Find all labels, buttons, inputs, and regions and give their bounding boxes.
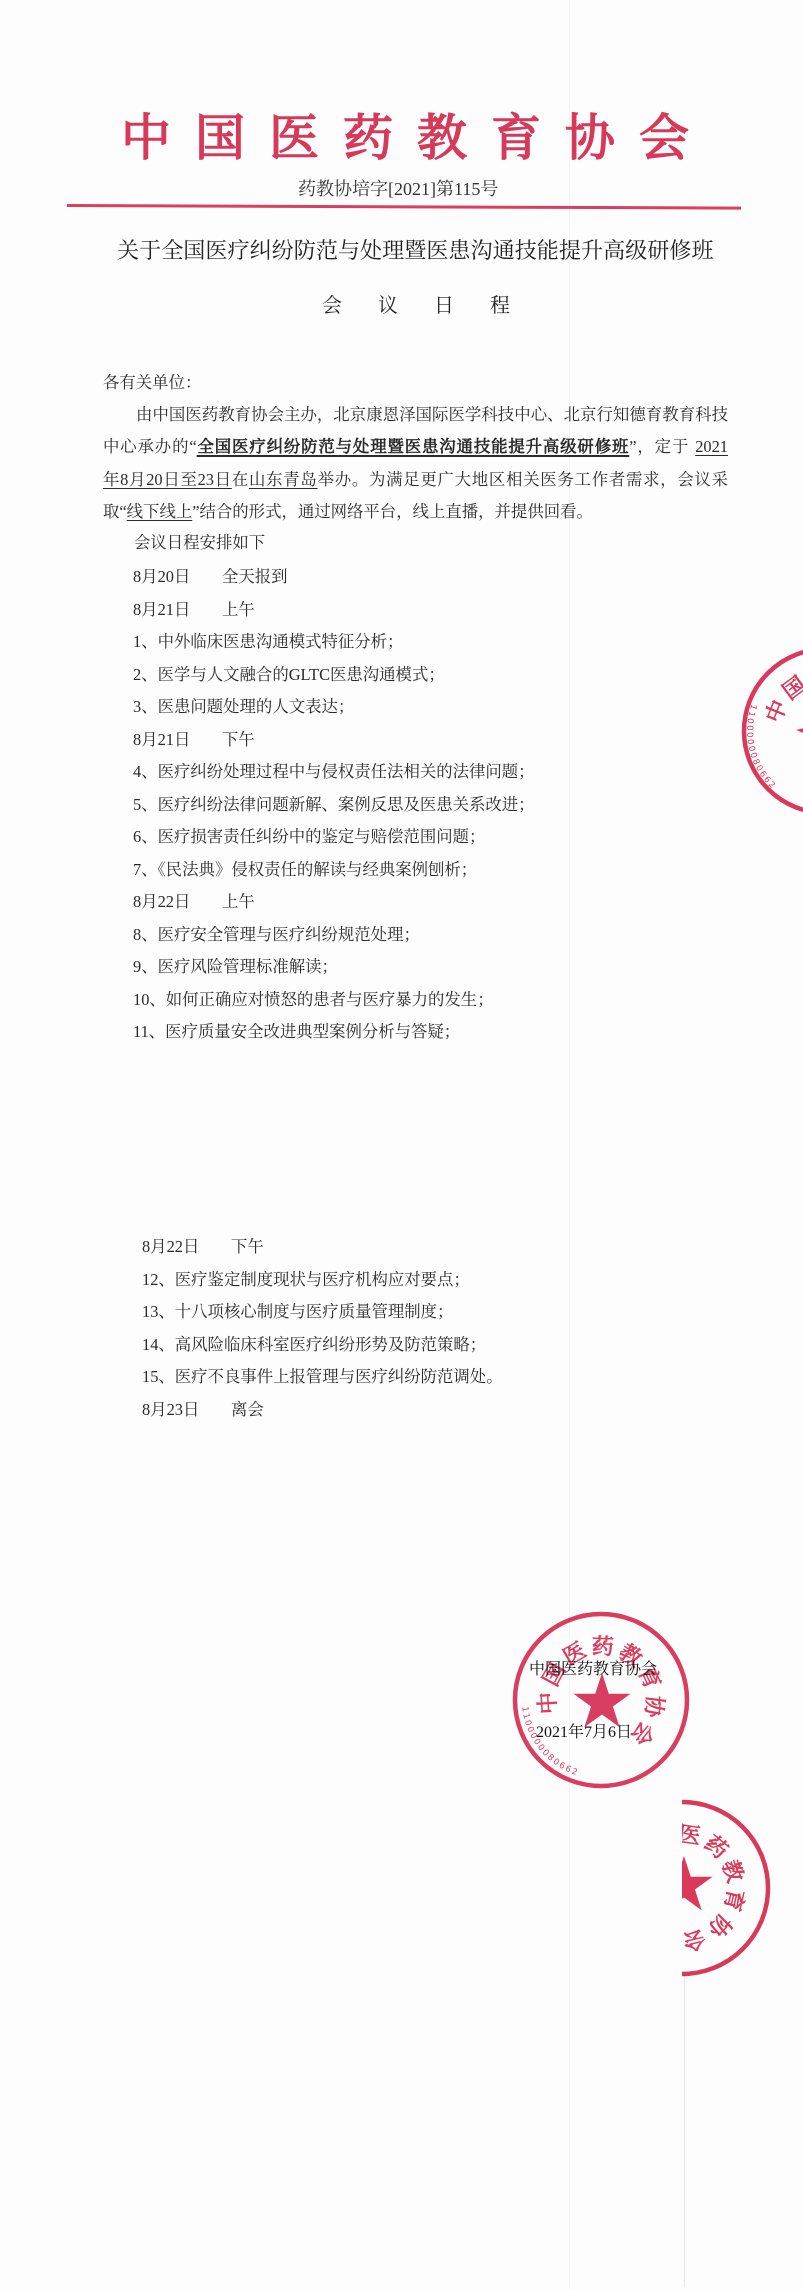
training-name: 全国医疗纠纷防范与处理暨医患沟通技能提升高级研修班 [197, 437, 630, 456]
intro-text: 由中国医药教育协会主办，北京康恩泽国际医学科技中心、北京行知德育教育科技 [136, 405, 728, 424]
schedule-date-row: 8月21日下午 [133, 724, 535, 757]
letterhead-red-rule [67, 204, 741, 210]
seal-ring-text: 中国医药教育协会 [745, 643, 803, 805]
seal-ring [744, 649, 803, 813]
event-location: 山东青岛 [249, 470, 318, 489]
schedule-period: 全天报到 [222, 567, 288, 586]
schedule-item: 15、医疗不良事件上报管理与医疗纠纷防范调处。 [142, 1361, 503, 1394]
seal-serial-number: 1100000080662 [719, 702, 803, 794]
schedule-date-row: 8月20日全天报到 [133, 561, 535, 594]
schedule-period: 下午 [231, 1237, 264, 1256]
schedule-intro: 会议日程安排如下 [134, 527, 265, 559]
signature-organization: 中国医药教育协会 [529, 1658, 657, 1682]
event-date: 年8月20日至23日 [103, 470, 232, 489]
intro-line: 中心承办的“全国医疗纠纷防范与处理暨医患沟通技能提升高级研修班”，定于2021 [103, 431, 728, 463]
schedule-item: 3、医患问题处理的人文表达； [133, 691, 535, 724]
event-format: 线下线上 [127, 502, 193, 521]
schedule-date: 8月22日 [142, 1231, 231, 1264]
event-date: 2021 [695, 437, 728, 456]
schedule-date-row: 8月21日上午 [133, 594, 535, 627]
scan-line [569, 0, 570, 2290]
schedule-date: 8月21日 [133, 594, 222, 627]
document-page: 中国医药教育协会 药教协培字[2021]第115号 关于全国医疗纠纷防范与处理暨… [0, 0, 803, 2290]
schedule-period: 下午 [222, 730, 255, 749]
schedule-item: 2、医学与人文融合的GLTC医患沟通模式； [133, 659, 535, 692]
schedule-item: 10、如何正确应对愤怒的患者与医疗暴力的发生； [133, 984, 535, 1017]
intro-line: 取“线下线上”结合的形式，通过网络平台，线上直播，并提供回看。 [103, 496, 728, 528]
document-subheading: 会议日程 [322, 292, 546, 318]
seal-ring-text: 中国医药教育协会 [599, 1795, 776, 1969]
schedule-item: 5、医疗纠纷法律问题新解、案例反思及医患关系改进； [133, 789, 535, 822]
seal-ring [596, 1802, 768, 1974]
schedule-period: 上午 [222, 892, 255, 911]
schedule-item: 9、医疗风险管理标准解读； [133, 951, 535, 984]
star-icon [792, 698, 803, 763]
intro-text: 中心承办的“ [103, 437, 197, 456]
schedule-date-row: 8月22日上午 [133, 886, 535, 919]
schedule-item: 11、医疗质量安全改进典型案例分析与答疑； [133, 1016, 535, 1049]
salutation: 各有关单位： [103, 367, 201, 399]
star-icon [655, 1856, 712, 1910]
schedule-period: 上午 [222, 600, 255, 619]
org-letterhead-title: 中国医药教育协会 [121, 110, 713, 166]
seal-ring [515, 1614, 687, 1786]
schedule-item: 4、医疗纠纷处理过程中与侵权责任法相关的法律问题； [133, 756, 535, 789]
schedule-date: 8月21日 [133, 724, 222, 757]
schedule-date-row: 8月23日离会 [142, 1394, 503, 1427]
official-seals-layer: 中国医药教育协会 1100000080662 中国医药教育协会 11000000… [0, 0, 803, 2290]
intro-line: 由中国医药教育协会主办，北京康恩泽国际医学科技中心、北京行知德育教育科技 [103, 399, 728, 431]
schedule-item: 7、《民法典》侵权责任的解读与经典案例刨析； [133, 854, 535, 887]
schedule-date: 8月23日 [142, 1394, 231, 1427]
schedule-date: 8月22日 [133, 886, 222, 919]
document-heading: 关于全国医疗纠纷防范与处理暨医患沟通技能提升高级研修班 [117, 237, 714, 265]
schedule-item: 8、医疗安全管理与医疗纠纷规范处理； [133, 919, 535, 952]
scan-line [684, 1975, 685, 2287]
schedule-date-row: 8月22日下午 [142, 1231, 503, 1264]
schedule-date: 8月20日 [133, 561, 222, 594]
intro-paragraph: 由中国医药教育协会主办，北京康恩泽国际医学科技中心、北京行知德育教育科技 中心承… [103, 399, 728, 529]
intro-line: 年8月20日至23日在山东青岛举办。为满足更广大地区相关医务工作者需求，会议采 [103, 464, 728, 496]
schedule-item: 14、高风险临床科室医疗纠纷形势及防范策略； [142, 1329, 503, 1362]
schedule-item: 1、中外临床医患沟通模式特征分析； [133, 626, 535, 659]
intro-text: 在 [232, 470, 249, 489]
schedule-item: 12、医疗鉴定制度现状与医疗机构应对要点； [142, 1264, 503, 1297]
seal-right-margin: 中国医药教育协会 1100000080662 [719, 636, 803, 830]
intro-text: ”结合的形式，通过网络平台，线上直播，并提供回看。 [192, 502, 593, 521]
intro-text: 举办。为满足更广大地区相关医务工作者需求，会议采 [318, 470, 728, 489]
schedule-item: 13、十八项核心制度与医疗质量管理制度； [142, 1296, 503, 1329]
document-number: 药教协培字[2021]第115号 [298, 178, 498, 200]
seal-serial-number: 1100000080662 [569, 1842, 662, 1937]
intro-text: 取“ [103, 502, 127, 521]
signature-date: 2021年7月6日 [536, 1721, 632, 1745]
schedule-period: 离会 [231, 1400, 264, 1419]
schedule-list: 8月22日下午 12、医疗鉴定制度现状与医疗机构应对要点； 13、十八项核心制度… [142, 1231, 503, 1427]
schedule-item: 6、医疗损害责任纠纷中的鉴定与赔偿范围问题； [133, 821, 535, 854]
schedule-list: 8月20日全天报到 8月21日上午 1、中外临床医患沟通模式特征分析； 2、医学… [133, 561, 535, 1049]
seal-signature: 中国医药教育协会 1100000080662 [515, 1614, 687, 1786]
intro-text: ”，定于 [629, 437, 689, 456]
seal-straddle-half: 中国医药教育协会 1100000080662 [569, 1785, 775, 1991]
